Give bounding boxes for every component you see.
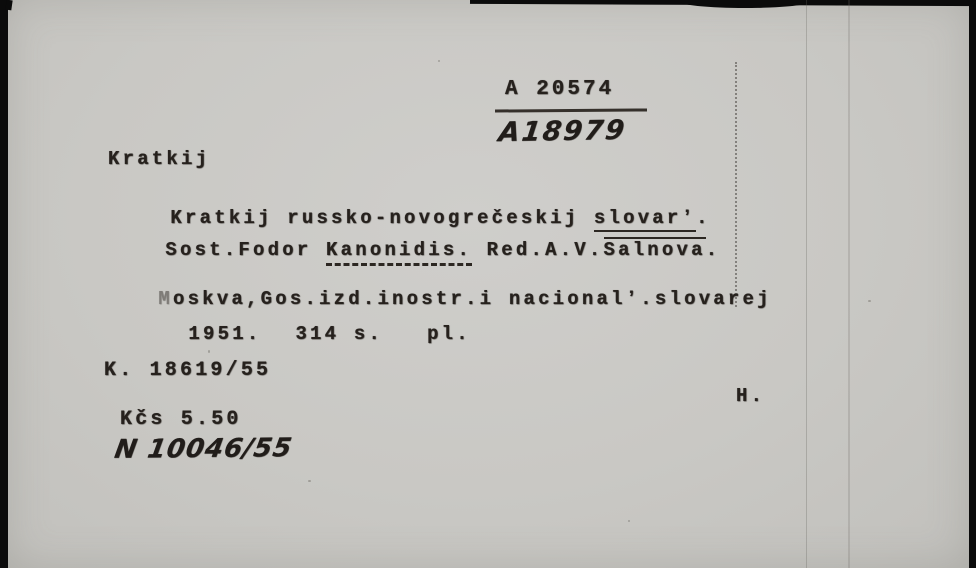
catalog-card: A 20574 A18979 Kratkij Kratkij russko-no… — [8, 0, 969, 568]
scan-background: { "colors": { "paper": "#c9c8c4", "ink":… — [0, 0, 976, 568]
call-number-handwritten: A18979 — [497, 115, 628, 148]
price-note: Kčs 5.50 — [120, 408, 242, 431]
accession-number: K. 18619/55 — [104, 359, 271, 382]
collation-year: 1951. — [188, 323, 261, 345]
paper-speck — [628, 520, 630, 522]
crease-line — [848, 0, 850, 568]
collation-plates: pl. — [427, 323, 471, 345]
call-number-typed: A 20574 — [505, 78, 614, 101]
inventory-number-handwritten: N 10046/55 — [112, 433, 294, 465]
statement-underlined-name: Kanonidis. — [326, 239, 472, 266]
crease-line — [806, 0, 807, 568]
scan-edge-top-bump — [680, 0, 810, 8]
collation-pages: 314 s. — [295, 323, 383, 345]
call-number-underline — [495, 108, 647, 112]
statement-period: . — [706, 239, 721, 261]
letter-note: H. — [736, 385, 765, 407]
paper-speck — [308, 480, 311, 482]
heading-word: Kratkij — [108, 148, 210, 170]
scan-corner-nick — [5, 0, 12, 10]
paper-speck — [438, 60, 440, 62]
statement-mid: Red.A.V. — [472, 239, 603, 261]
statement-overlined-name: Salnova — [604, 237, 706, 261]
paper-speck — [868, 300, 871, 302]
collation-line: 1951.314 s.pl. — [130, 301, 471, 367]
statement-text: Sost.Fodor — [165, 239, 326, 261]
